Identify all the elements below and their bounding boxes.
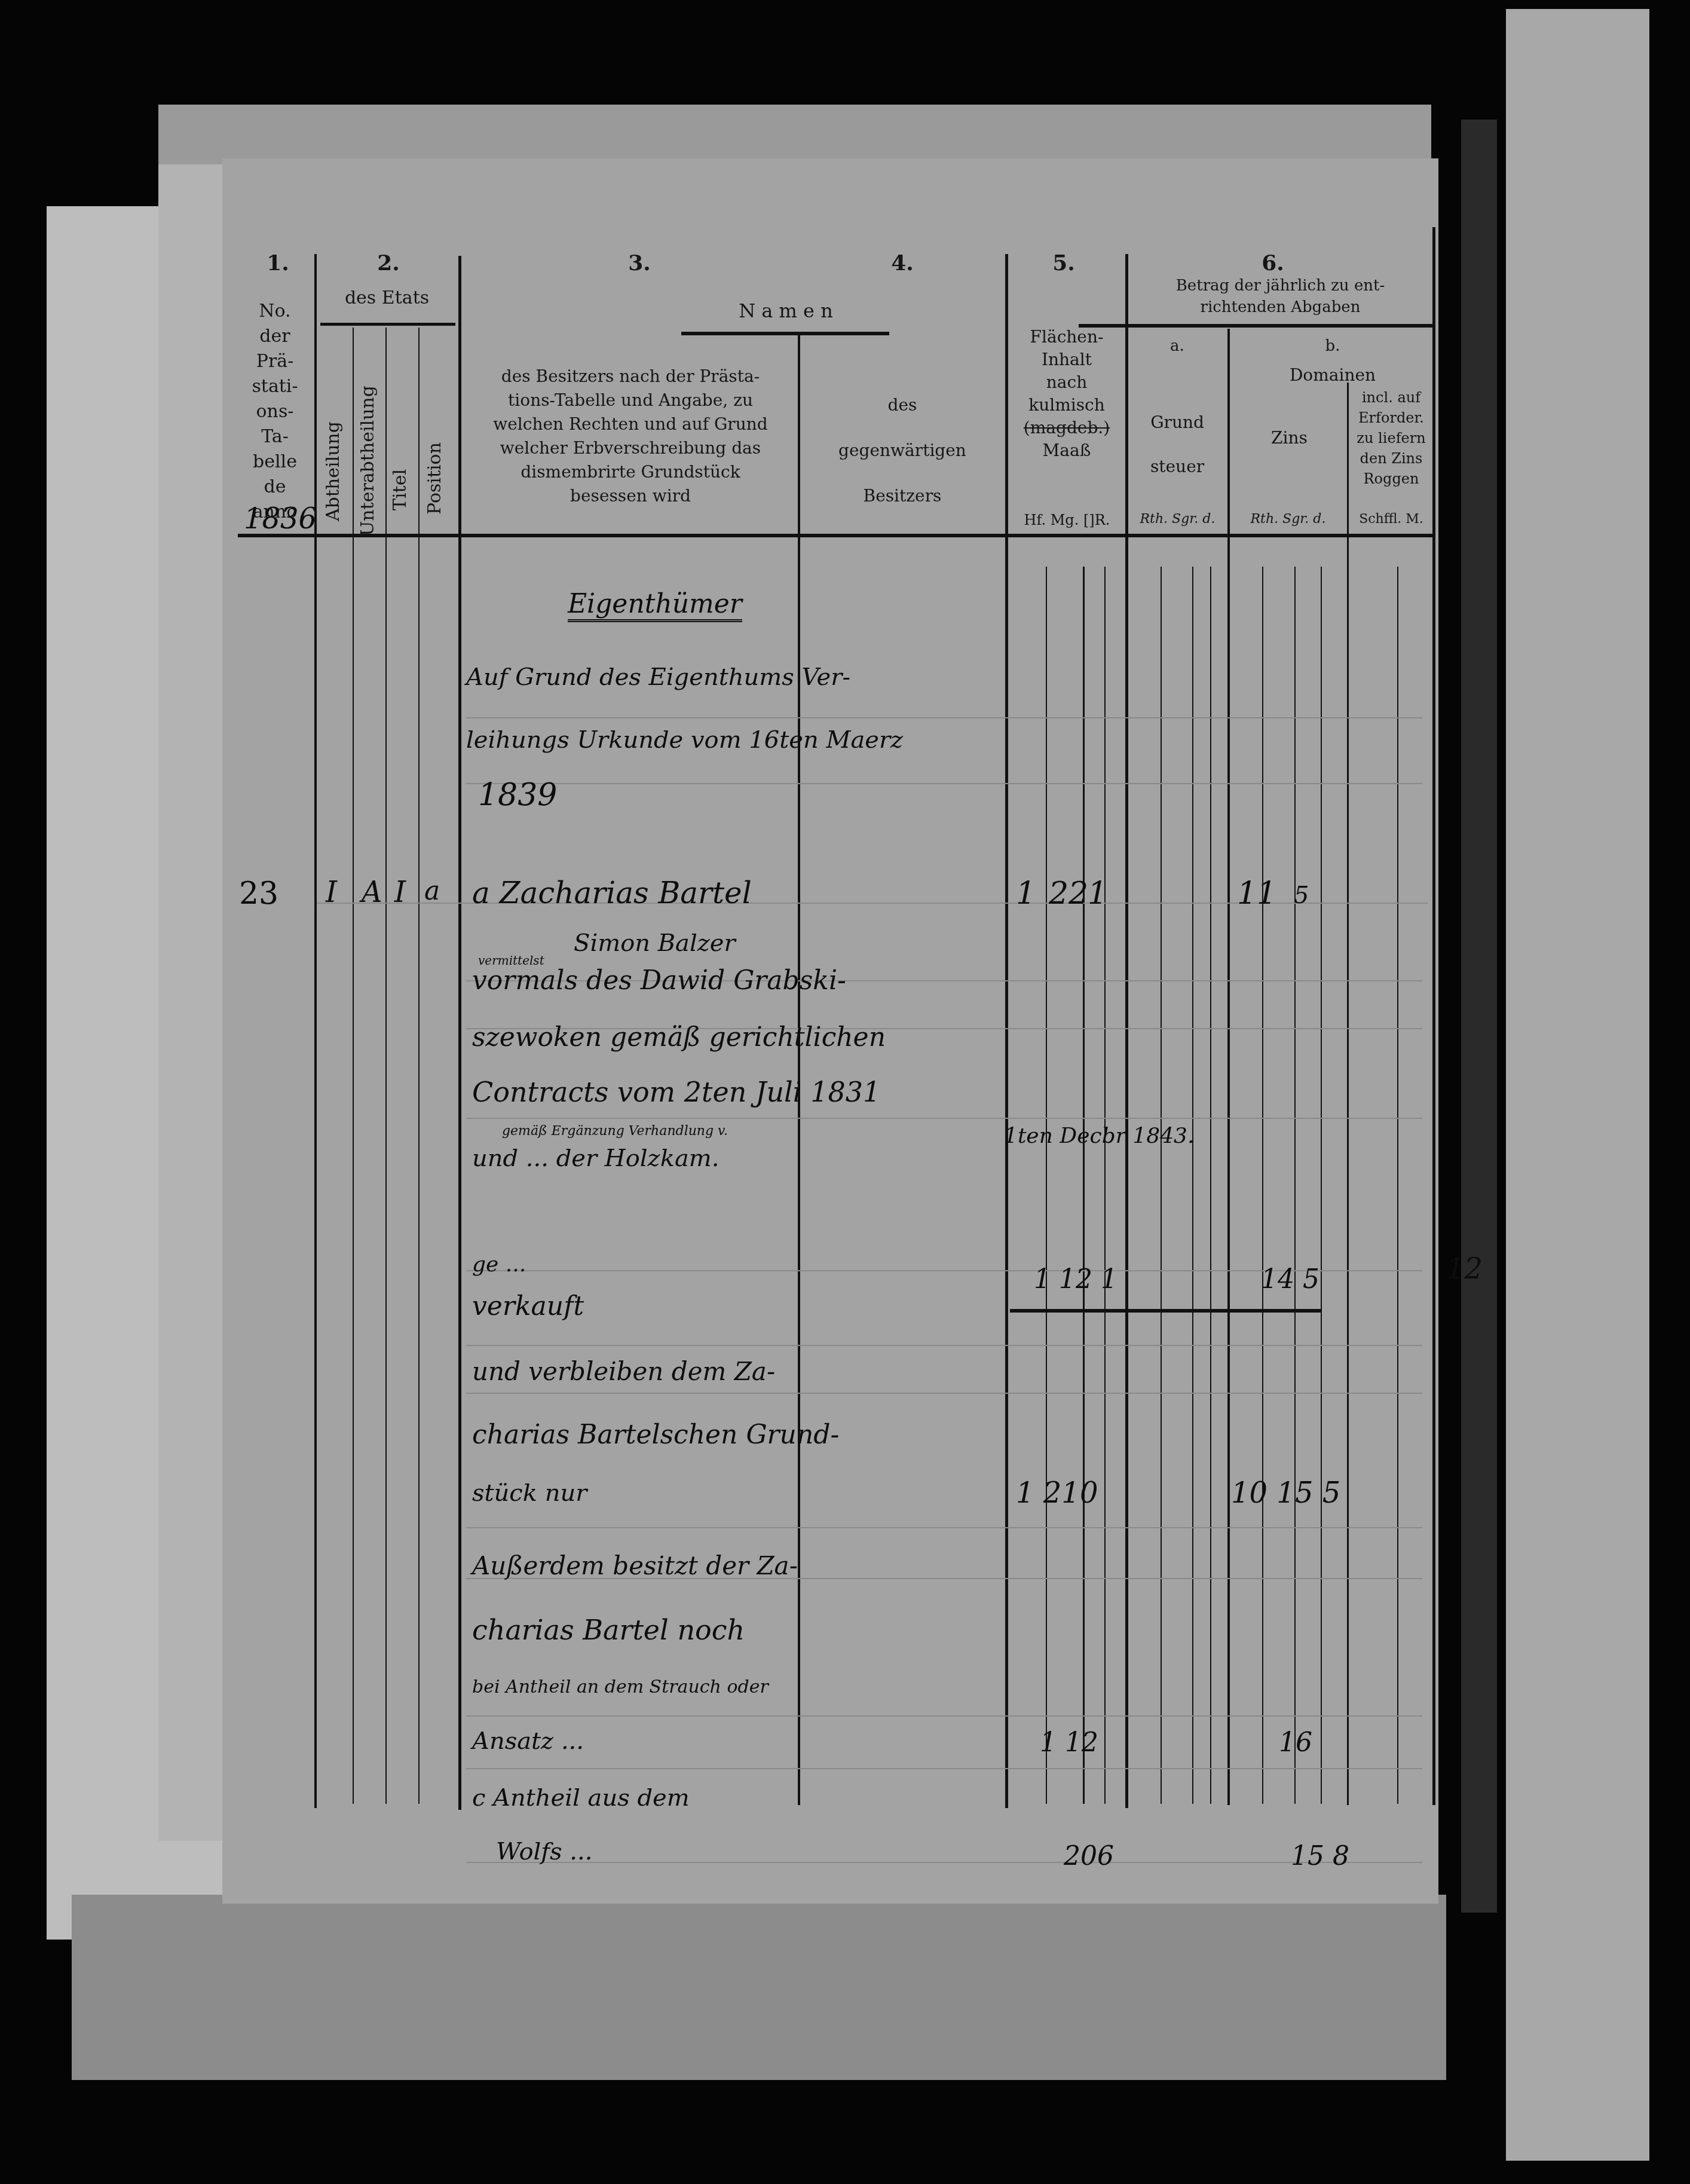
text-line-10: stück nur xyxy=(472,1479,587,1507)
text-line-12: charias Bartel noch xyxy=(472,1614,745,1646)
value-area-2: 1 210 xyxy=(1016,1476,1098,1510)
ruled-line xyxy=(466,1527,1422,1528)
intro-line-1: Auf Grund des Eigenthums Ver- xyxy=(466,663,850,691)
ruled-line xyxy=(466,783,1422,784)
col1-number: 1. xyxy=(257,250,299,277)
col6b-sub-3 xyxy=(1321,567,1322,1804)
col2-title: des Etats xyxy=(317,287,457,310)
value-zins-3: 16 xyxy=(1279,1727,1312,1758)
col-divider-6a-6b xyxy=(1227,329,1230,1805)
col6b-zins: Zins xyxy=(1231,427,1348,448)
text-line-11: Außerdem besitzt der Za- xyxy=(472,1551,798,1580)
col6b-title: Domainen xyxy=(1231,365,1434,386)
ruled-line xyxy=(466,1345,1422,1346)
col1-label: No. der Prä- stati- ons- Ta- belle de an… xyxy=(239,299,311,525)
col5-number: 5. xyxy=(1034,250,1094,277)
header-bottom-rule xyxy=(238,534,1434,537)
text-line-6: ge ... xyxy=(472,1252,526,1277)
row-number: 23 xyxy=(239,876,278,911)
text-line-2: vormals des Dawid Grabski- xyxy=(472,965,846,996)
col6b-label: b. xyxy=(1231,337,1434,356)
ruled-line xyxy=(466,1393,1422,1394)
col5-units: Hf. Mg. []R. xyxy=(1009,511,1125,529)
back-sheet-top xyxy=(158,105,1431,164)
text-line-7: verkauft xyxy=(472,1291,584,1322)
ruled-line xyxy=(466,1768,1422,1769)
neighbour-page-right xyxy=(1506,9,1649,2161)
row-area-hf: 1 xyxy=(1016,876,1036,911)
text-line-15: c Antheil aus dem xyxy=(472,1784,690,1812)
col6b-roggen-units: Schffl. M. xyxy=(1349,511,1433,528)
row-zins-d: 5 xyxy=(1294,882,1309,909)
col5-sub-1 xyxy=(1046,567,1047,1804)
row-area-r: 1 xyxy=(1088,876,1107,911)
intro-line-2: leihungs Urkunde vom 16ten Maerz xyxy=(466,726,903,754)
abgaben-rule xyxy=(1079,324,1434,328)
value-zins-2: 10 15 5 xyxy=(1231,1476,1340,1510)
ruled-line xyxy=(466,1862,1422,1863)
col6a-title: Grund steuer xyxy=(1129,400,1225,489)
annotation-1843: 1ten Decbr 1843. xyxy=(1004,1124,1194,1148)
col2-sub-position: Position xyxy=(424,442,445,515)
col6-title: Betrag der jährlich zu ent- richtenden A… xyxy=(1129,275,1431,318)
col-divider-roggen xyxy=(1347,383,1349,1805)
row-area-mg: 22 xyxy=(1049,876,1088,911)
row-titel: I xyxy=(394,876,406,909)
entry-heading: Eigenthümer xyxy=(568,589,742,622)
etats-rule xyxy=(320,323,455,326)
row-unterabtheilung: A xyxy=(362,876,382,909)
annotation-small: gemäß Ergänzung Verhandlung v. xyxy=(502,1124,728,1139)
text-line-16: Wolfs ... xyxy=(496,1838,592,1865)
text-line-3: szewoken gemäß gerichtlichen xyxy=(472,1022,886,1053)
col2-sub-3 xyxy=(418,328,420,1804)
col2-sub-2 xyxy=(385,328,387,1804)
col6b-roggen: incl. auf Erforder. zu liefern den Zins … xyxy=(1349,387,1433,489)
value-zins-1: 14 5 xyxy=(1261,1264,1319,1295)
text-line-13: bei Antheil an dem Strauch oder xyxy=(472,1677,769,1697)
col5-sub-2 xyxy=(1083,567,1085,1804)
value-area-1: 1 12 1 xyxy=(1034,1264,1118,1295)
col4-number: 4. xyxy=(872,250,932,277)
col6a-units: Rth. Sgr. d. xyxy=(1128,511,1227,528)
col5-label: Flächen- Inhalt nach kulmisch (magdeb.) … xyxy=(1010,326,1123,462)
col-divider-1 xyxy=(314,254,317,1808)
back-sheet-strip xyxy=(158,137,224,1841)
col2-sub-abtheilung: Abtheilung xyxy=(323,421,344,521)
namen-title: N a m e n xyxy=(681,299,890,323)
col2-sub-1 xyxy=(353,328,354,1804)
col3-label: des Besitzers nach der Prästa- tions-Tab… xyxy=(466,365,795,508)
text-line-8: und verbleiben dem Za- xyxy=(472,1357,775,1386)
ruled-line xyxy=(466,1715,1422,1717)
row-position: a xyxy=(424,876,440,906)
text-line-5: und ... der Holzkam. xyxy=(472,1145,719,1172)
col-divider-2 xyxy=(458,256,461,1810)
namen-rule xyxy=(681,332,889,335)
col6c-sub-1 xyxy=(1397,567,1398,1804)
value-zins-4: 15 8 xyxy=(1291,1841,1349,1871)
text-line-1: Simon Balzer xyxy=(574,929,736,957)
col6a-sub-2 xyxy=(1192,567,1193,1804)
row-zins: 11 xyxy=(1237,876,1276,911)
col2-sub-unterabtheilung: Unterabtheilung xyxy=(357,386,378,536)
col6-number: 6. xyxy=(1243,250,1303,277)
ruled-line xyxy=(466,1118,1422,1119)
col5-sub-3 xyxy=(1104,567,1106,1804)
col3-number: 3. xyxy=(610,250,669,277)
col6b-sub-1 xyxy=(1262,567,1263,1804)
text-line-14: Ansatz ... xyxy=(472,1727,584,1755)
bottom-back-sheet xyxy=(72,1895,1446,2080)
neighbour-page-gap xyxy=(1461,120,1497,1913)
col4-label: des gegenwärtigen Besitzers xyxy=(804,383,1001,519)
col6b-zins-units: Rth. Sgr. d. xyxy=(1230,511,1346,528)
col-divider-4 xyxy=(1005,254,1008,1808)
col6a-sub-3 xyxy=(1210,567,1211,1804)
col-divider-5 xyxy=(1125,254,1128,1808)
col6a-label: a. xyxy=(1129,337,1225,356)
col1-year: 1836 xyxy=(244,502,317,536)
value-area-3: 1 12 xyxy=(1040,1727,1098,1758)
ruled-line xyxy=(466,717,1422,718)
row-abtheilung: I xyxy=(326,876,337,909)
value-area-4: 206 xyxy=(1064,1841,1114,1871)
col6b-sub-2 xyxy=(1294,567,1296,1804)
col-divider-3-4 xyxy=(798,335,800,1805)
col6a-sub-1 xyxy=(1161,567,1162,1804)
text-line-4: Contracts vom 2ten Juli 1831 xyxy=(472,1076,880,1108)
value-extra-1: 12 xyxy=(1446,1252,1483,1286)
text-line-9: charias Bartelschen Grund- xyxy=(472,1420,839,1450)
intro-line-3: 1839 xyxy=(478,777,557,813)
subtotal-rule xyxy=(1010,1309,1321,1313)
col2-sub-titel: Titel xyxy=(390,469,411,510)
col2-number: 2. xyxy=(359,250,418,277)
row-owner: a Zacharias Bartel xyxy=(472,876,752,910)
